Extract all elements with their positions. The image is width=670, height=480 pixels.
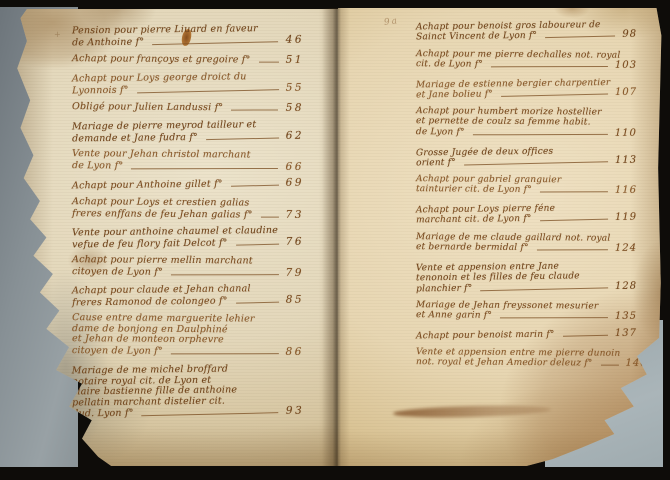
entry-text: planchier f° <box>416 283 472 294</box>
leader-line <box>231 185 279 187</box>
page-right: 9a Achapt pour benoist gros laboureur de… <box>338 8 663 466</box>
entry-text: dud. Lyon f° <box>72 409 133 420</box>
ink-smudge <box>393 404 551 419</box>
folio-number: 116 <box>615 187 637 198</box>
entry-line: Obligé pour Julien Landussi f°58 <box>72 101 304 114</box>
folio-number: 98 <box>622 30 637 41</box>
entry-line: de Anthoine f°46 <box>72 34 304 48</box>
entry-line: planchier f°128 <box>416 281 637 294</box>
entry-text: tenonoin et les filles de feu claude <box>416 272 580 284</box>
entry-line: not. royal et Jehan Amedior deleuz f°140 <box>416 358 637 370</box>
entry-text: not. royal et Jehan Amedior deleuz f° <box>416 358 593 370</box>
folio-number: 86 <box>285 347 303 358</box>
entry-text: de Lyon f° <box>416 127 465 138</box>
leader-line <box>464 161 608 165</box>
entry-text: et Jehan de monteon orphevre <box>72 334 224 346</box>
entry-text: Achapt pour Anthoine gillet f° <box>72 180 223 192</box>
page-right-entries: Achapt pour benoist gros laboureur deSai… <box>416 21 637 377</box>
leader-line <box>142 412 279 416</box>
folio-number: 85 <box>286 294 305 305</box>
leader-line <box>540 219 608 222</box>
page-left-entries: Pension pour pierre Liuard en faveurde A… <box>72 25 304 426</box>
entry-line: Achapt pour Anthoine gillet f°69 <box>72 178 304 192</box>
entry-line: dud. Lyon f°93 <box>72 406 304 420</box>
folio-number: 55 <box>286 82 305 93</box>
leader-line <box>545 36 615 39</box>
leader-line <box>261 216 279 217</box>
manuscript-scan: + Pension pour pierre Liuard en faveurde… <box>0 0 670 480</box>
index-entry: Vente et appension entre me pierre dunoi… <box>416 347 637 370</box>
folio-number: 76 <box>286 236 305 247</box>
entry-text: freres Ramonod de colongeo f° <box>72 296 228 308</box>
entry-text: Achapt pour Loys george droict du <box>72 71 247 84</box>
leader-line <box>473 134 608 135</box>
entry-text: Achapt pour pierre mellin marchant <box>72 254 253 266</box>
index-entry: Vente pour Jehan christol marchantde Lyo… <box>72 149 304 173</box>
folio-number: 137 <box>615 329 637 340</box>
leader-line <box>258 62 278 63</box>
entry-line: orient f°113 <box>416 156 637 169</box>
entry-line: Achapt pour Loys et crestien galias <box>72 197 304 209</box>
folio-number: 79 <box>286 267 304 278</box>
entry-line: citoyen de Lyon f°79 <box>72 266 304 279</box>
entry-text: Mariage de pierre meyrod tailleur et <box>72 119 257 132</box>
index-entry: Obligé pour Julien Landussi f°58 <box>72 101 304 114</box>
margin-mark: + <box>54 30 61 39</box>
leader-line <box>236 301 279 303</box>
entry-line: Sainct Vincent de Lyon f°98 <box>416 30 637 43</box>
entry-line: de Lyon f°66 <box>72 159 304 172</box>
index-entry: Mariage de Jehan freyssonet mesurieret A… <box>416 300 637 323</box>
entry-text: orient f° <box>416 158 456 169</box>
index-entry: Pension pour pierre Liuard en faveurde A… <box>72 24 304 49</box>
entry-text: freres enffans de feu Jehan galias f° <box>72 208 253 220</box>
entry-text: et Jane bolieu f° <box>416 89 493 100</box>
entry-line: et bernarde bermidal f°124 <box>416 243 637 255</box>
index-entry: Achapt pour françoys et gregoire f°51 <box>72 53 304 66</box>
folio-number: 93 <box>286 406 305 417</box>
folio-number: 113 <box>615 156 637 167</box>
folio-number: 46 <box>286 34 305 45</box>
index-entry: Mariage de me claude gaillard not. royal… <box>416 232 637 255</box>
entry-text: tainturier cit. de Lyon f° <box>416 185 532 196</box>
folio-number: 73 <box>286 209 304 220</box>
folio-number: 66 <box>286 161 304 172</box>
entry-line: cit. de Lyon f°103 <box>416 59 637 71</box>
leader-line <box>563 335 608 337</box>
leader-line <box>171 353 279 354</box>
entry-line: et Jane bolieu f°107 <box>416 88 637 101</box>
entry-line: freres Ramonod de colongeo f°85 <box>72 294 304 308</box>
leader-line <box>236 243 279 245</box>
index-entry: Achapt pour benoist gros laboureur deSai… <box>416 20 637 44</box>
entry-text: Obligé pour Julien Landussi f° <box>72 102 223 114</box>
entry-line: marchant cit. de Lyon f°119 <box>416 213 637 226</box>
folio-number: 119 <box>615 213 637 224</box>
leader-line <box>206 137 279 140</box>
leader-line <box>131 167 278 168</box>
index-entry: Achapt pour Anthoine gillet f°69 <box>72 178 304 192</box>
index-entry: Achapt pour benoist marin f°137 <box>416 329 637 342</box>
entry-text: de Lyon f° <box>72 160 123 171</box>
index-entry: Achapt pour claude et Jehan chanalfreres… <box>72 284 304 309</box>
folio-number: 51 <box>286 55 304 66</box>
folio-number: 128 <box>615 281 637 292</box>
index-entry: Achapt pour Loys et crestien galiasfrere… <box>72 197 304 221</box>
entry-line: et Anne garin f°135 <box>416 311 637 323</box>
leader-line <box>480 287 608 291</box>
index-entry: Achapt pour Loys pierre fénemarchant cit… <box>416 203 637 227</box>
index-entry: Achapt pour gabriel granguiertainturier … <box>416 175 637 198</box>
entry-text: vefue de feu flory fait Delcot f° <box>72 238 228 250</box>
entry-text: Grosse Jugée de deux offices <box>416 146 553 158</box>
entry-text: citoyen de Lyon f° <box>72 346 163 357</box>
leader-line <box>152 41 278 45</box>
leader-line <box>500 318 608 319</box>
entry-line: Achapt pour françoys et gregoire f°51 <box>72 53 304 66</box>
entry-text: Vente pour Jehan christol marchant <box>72 148 251 160</box>
entry-text: marchant cit. de Lyon f° <box>416 215 532 227</box>
entry-line: freres enffans de feu Jehan galias f°73 <box>72 207 304 220</box>
entry-line: tainturier cit. de Lyon f°116 <box>416 185 637 197</box>
entry-text: et Anne garin f° <box>416 311 492 322</box>
entry-text: Achapt pour Loys et crestien galias <box>72 196 250 208</box>
entry-text: Achapt pour benoist marin f° <box>416 330 555 342</box>
entry-text: Mariage de estienne bergier charpentier <box>416 78 611 90</box>
folio-number: 58 <box>286 103 304 114</box>
folio-mark: 9a <box>383 16 399 28</box>
index-entry: Grosse Jugée de deux officesorient f°113 <box>416 145 637 169</box>
entry-text: cit. de Lyon f° <box>416 59 483 70</box>
leader-line <box>231 109 278 110</box>
folio-number: 110 <box>615 129 637 140</box>
entry-text: Achapt pour françoys et gregoire f° <box>72 54 251 66</box>
leader-line <box>537 250 608 251</box>
index-entry: Mariage de pierre meyrod tailleur etdema… <box>72 119 304 144</box>
leader-line <box>540 192 608 193</box>
entry-text: Achapt pour claude et Jehan chanal <box>72 283 251 296</box>
folio-number: 107 <box>615 88 637 99</box>
leader-line <box>137 89 279 93</box>
leader-line <box>491 66 608 67</box>
folio-number: 103 <box>615 61 637 72</box>
leader-line <box>600 365 618 366</box>
index-entry: Mariage de me michel broffardnotaire roy… <box>72 363 305 420</box>
entry-text: Lyonnois f° <box>72 85 129 96</box>
entry-line: Lyonnois f°55 <box>72 82 304 96</box>
leader-line <box>171 274 279 275</box>
index-entry: Vente et appension entre Janetenonoin et… <box>416 261 637 295</box>
entry-line: de Lyon f°110 <box>416 127 637 139</box>
entry-text: citoyen de Lyon f° <box>72 267 163 278</box>
entry-text: Sainct Vincent de Lyon f° <box>416 31 537 43</box>
entry-text: demande et Jane fudra f° <box>72 132 198 144</box>
index-entry: Achapt pour pierre mellin marchantcitoye… <box>72 255 304 279</box>
entry-line: citoyen de Lyon f°86 <box>72 345 304 358</box>
index-entry: Achapt pour Loys george droict duLyonnoi… <box>72 71 304 96</box>
folio-number: 135 <box>615 312 637 323</box>
folio-number: 69 <box>286 178 305 189</box>
folio-number: 124 <box>615 244 637 255</box>
entry-line: vefue de feu flory fait Delcot f°76 <box>72 236 304 250</box>
index-entry: Achapt pour humbert morize hostellieret … <box>416 107 637 140</box>
entry-text: Vente pour anthoine chaumel et claudine <box>72 225 278 239</box>
entry-line: Achapt pour benoist marin f°137 <box>416 329 637 342</box>
index-entry: Vente pour anthoine chaumel et claudinev… <box>72 225 304 250</box>
leader-line <box>501 93 608 96</box>
index-entry: Mariage de estienne bergier charpentiere… <box>416 77 637 101</box>
index-entry: Cause entre dame marguerite lehierdame d… <box>72 313 304 358</box>
entry-text: de Anthoine f° <box>72 37 144 48</box>
entry-text: pellatin marchant distelier cit. <box>72 395 225 408</box>
index-entry: Achapt pour me pierre dechalles not. roy… <box>416 49 637 72</box>
entry-text: Pension pour pierre Liuard en faveur <box>72 23 258 36</box>
entry-text: et bernarde bermidal f° <box>416 243 529 254</box>
folio-number: 62 <box>286 130 305 141</box>
